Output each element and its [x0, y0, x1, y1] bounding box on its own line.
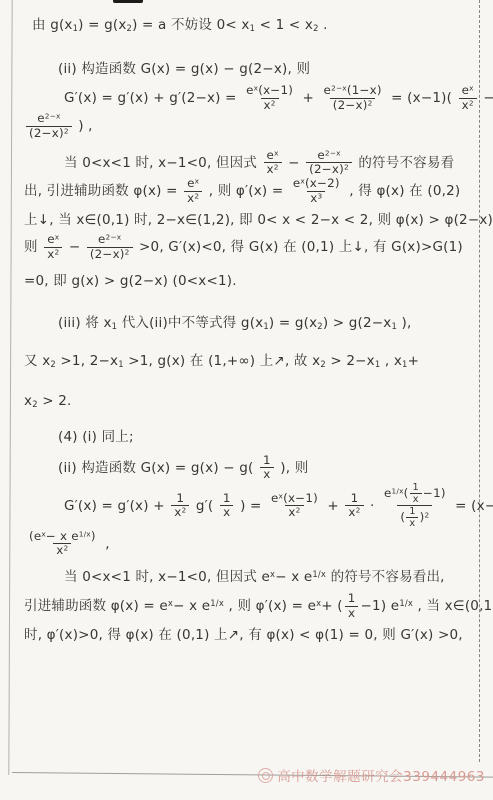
watermark-logo-icon: [258, 768, 273, 783]
math-line: 上↓, 当 x∈(0,1) 时, 2−x∈(1,2), 即 0< x < 2−x…: [24, 207, 487, 233]
math-line: =0, 即 g(x) > g(2−x) (0<x<1).: [24, 268, 487, 294]
solution-text: 由 g(x1) = g(x2) = a 不妨设 0< x1 < 1 < x2 .…: [24, 12, 487, 648]
math-line: 又 x2 >1, 2−x1 >1, g(x) 在 (1,+∞) 上↗, 故 x2…: [24, 348, 487, 374]
math-line: e2−x(2−x)2 ) ,: [24, 112, 487, 140]
math-line: 引进辅助函数 φ(x) = ex− x e1/x , 则 φ′(x) = ex+…: [24, 592, 487, 620]
math-line: 当 0<x<1 时, x−1<0, 但因式 ex− x e1/x 的符号不容易看…: [24, 564, 487, 590]
watermark-text: 高中数学解题研究会339444963: [277, 765, 485, 785]
math-line: 当 0<x<1 时, x−1<0, 但因式 exx2 − e2−x(2−x)2 …: [24, 149, 487, 177]
math-line: 则 exx2 − e2−x(2−x)2 >0, G′(x)<0, 得 G(x) …: [24, 233, 487, 261]
page-edge-left: [8, 0, 12, 775]
math-line: (iii) 将 x1 代入(ii)中不等式得 g(x1) = g(x2) > g…: [24, 310, 487, 336]
math-line: G′(x) = g′(x) + g′(2−x) = ex(x−1)x2 + e2…: [24, 84, 487, 112]
math-line: x2 > 2.: [24, 388, 487, 414]
math-line: (ex− x e1/x)x2 ,: [24, 530, 487, 558]
scan-artifact: [113, 0, 143, 3]
watermark: 高中数学解题研究会339444963: [258, 765, 485, 785]
math-line: (4) (i) 同上;: [24, 424, 487, 450]
math-line: G′(x) = g′(x) + 1x2 g′( 1x ) = ex(x−1)x2…: [24, 482, 487, 530]
math-line: 时, φ′(x)>0, 得 φ(x) 在 (0,1) 上↗, 有 φ(x) < …: [24, 622, 487, 648]
math-line: (ii) 构造函数 G(x) = g(x) − g( 1x ), 则: [24, 454, 487, 482]
math-line: 由 g(x1) = g(x2) = a 不妨设 0< x1 < 1 < x2 .: [24, 12, 487, 38]
math-line: 出, 引进辅助函数 φ(x) = exx2 , 则 φ′(x) = ex(x−2…: [24, 177, 487, 205]
math-line: (ii) 构造函数 G(x) = g(x) − g(2−x), 则: [24, 56, 487, 82]
worksheet-page: 由 g(x1) = g(x2) = a 不妨设 0< x1 < 1 < x2 .…: [0, 0, 493, 800]
